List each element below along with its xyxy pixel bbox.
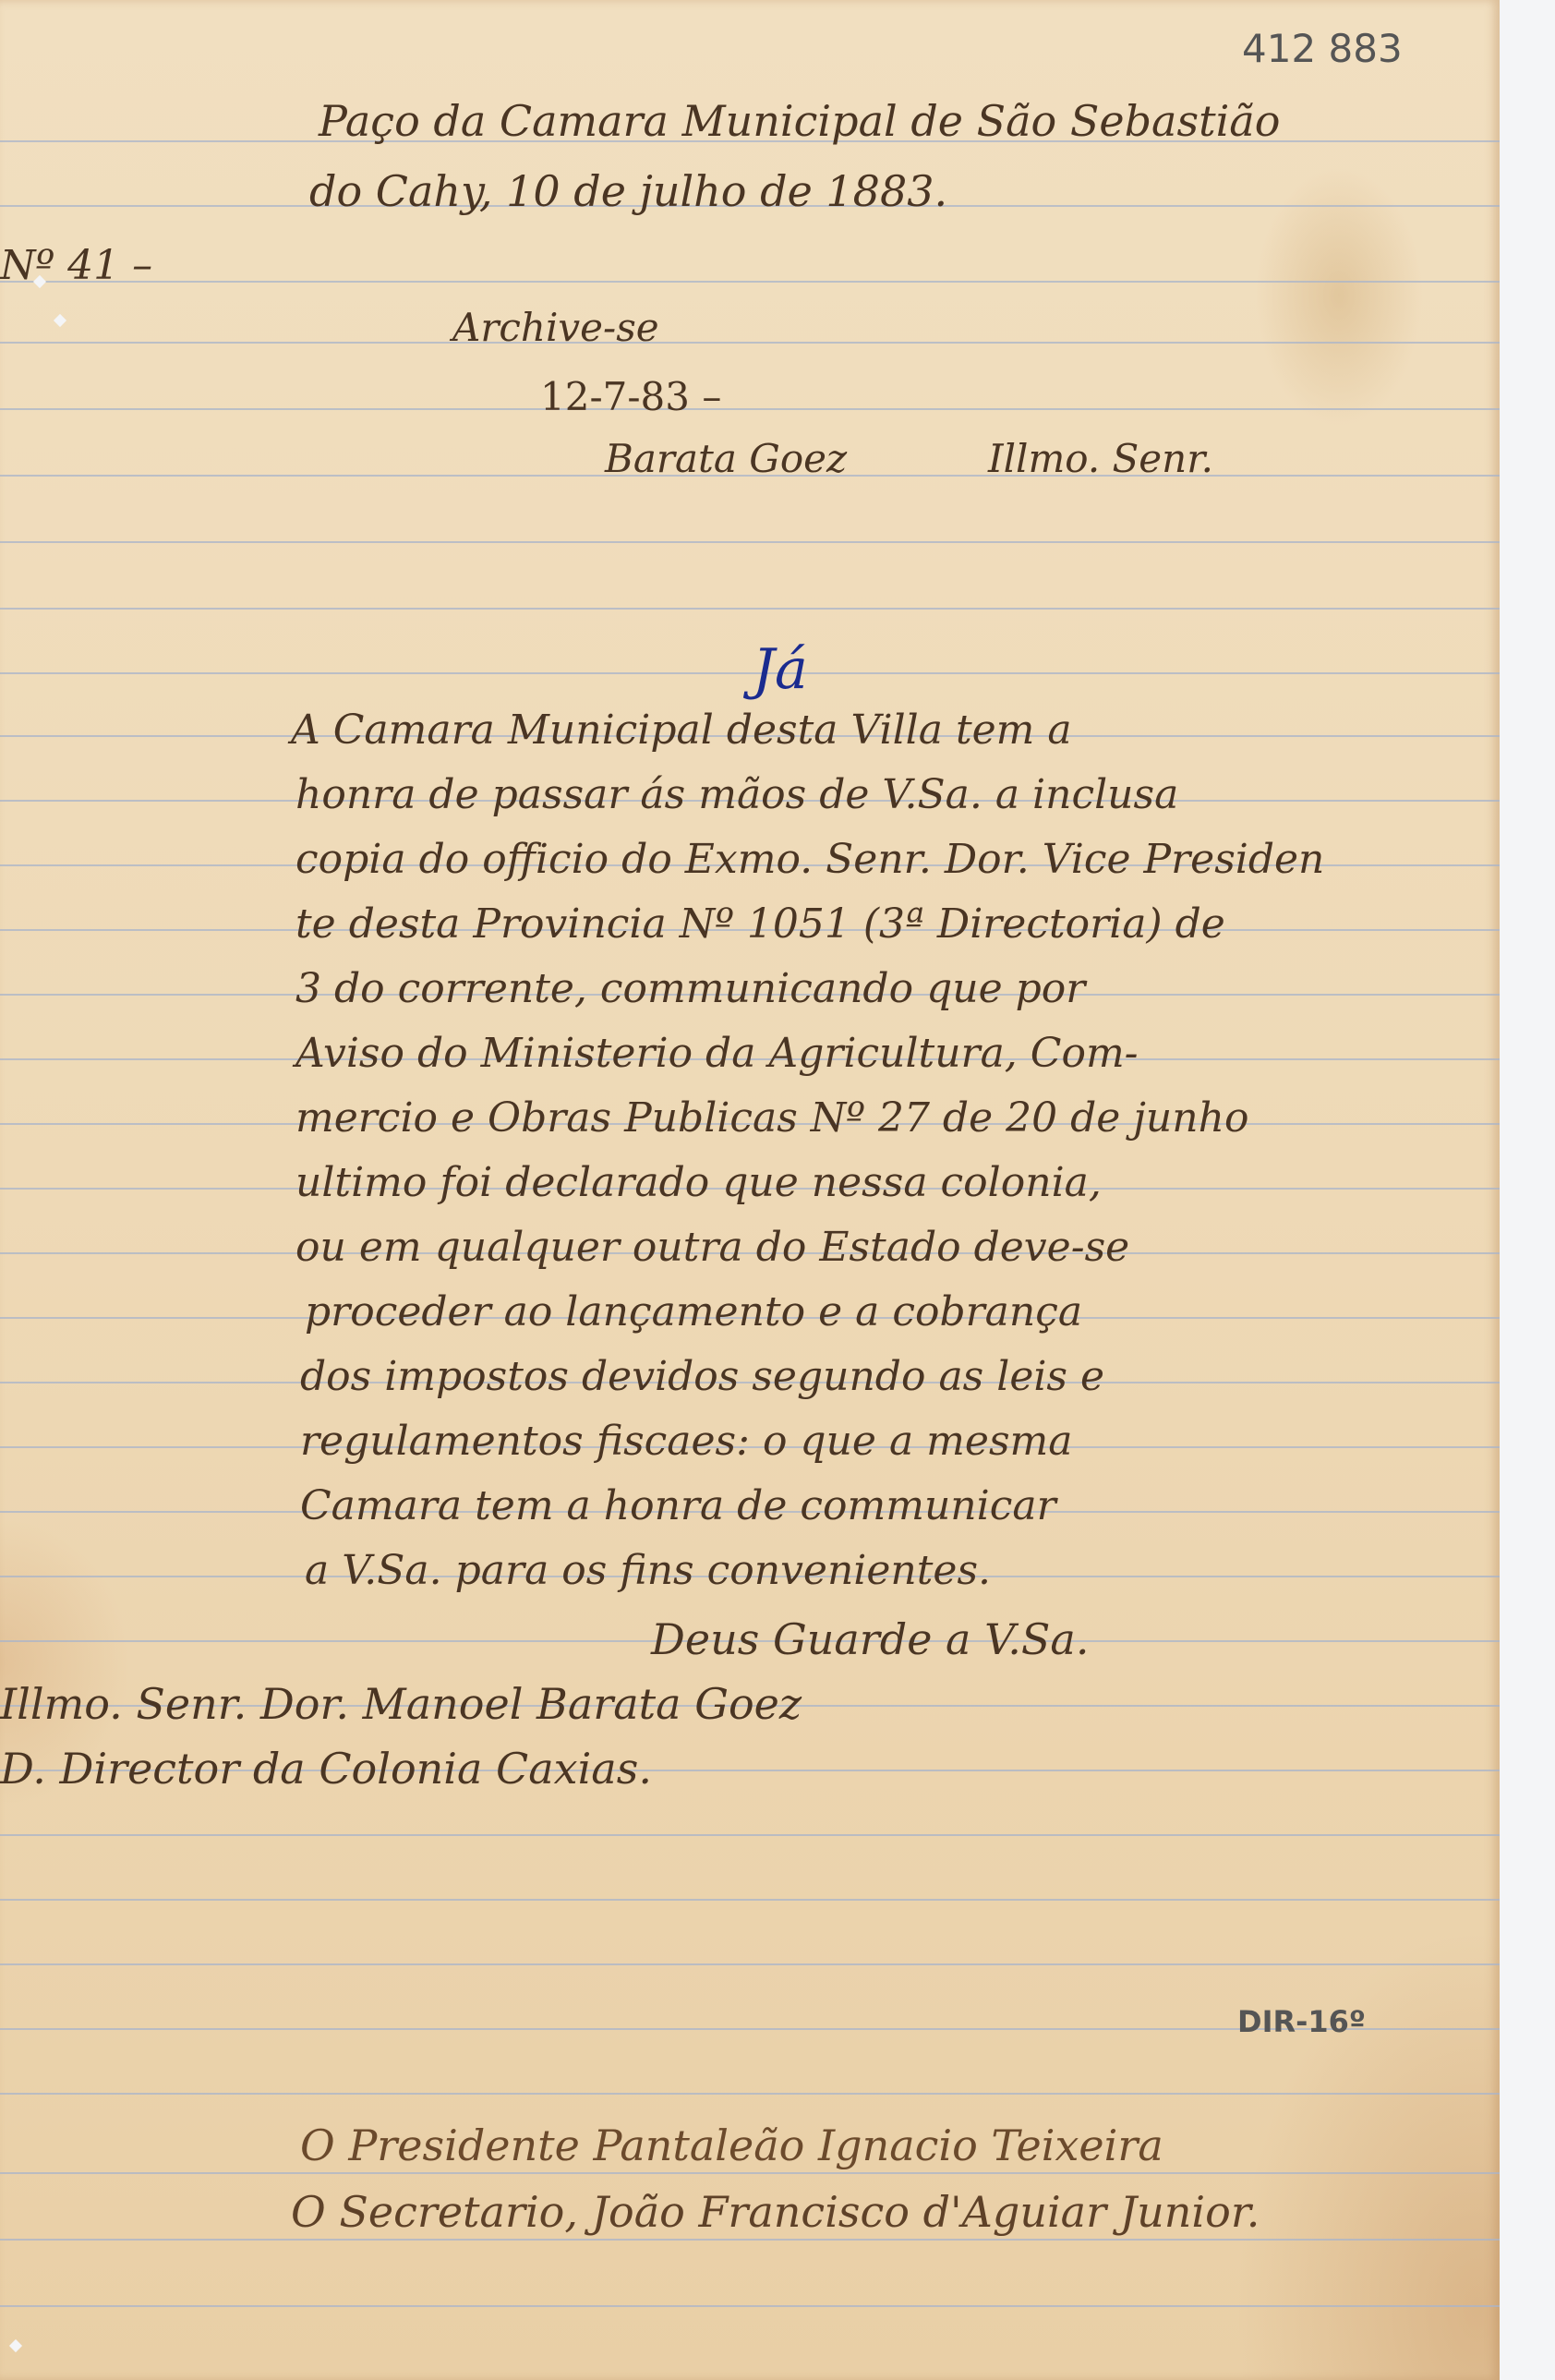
body-line: Camara tem a honra de communicar xyxy=(300,1482,1056,1529)
body-line: Aviso do Ministerio da Agricultura, Com- xyxy=(295,1030,1139,1077)
body-line: A Camara Municipal desta Villa tem a xyxy=(291,707,1072,754)
body-line: a V.Sa. para os fins convenientes. xyxy=(305,1547,991,1594)
ruled-line xyxy=(0,342,1500,344)
body-line: honra de passar ás mãos de V.Sa. a inclu… xyxy=(295,771,1178,818)
addressee-line-1: Illmo. Senr. Dor. Manoel Barata Goez xyxy=(0,1679,802,1729)
annotation-date: 12-7-83 – xyxy=(540,374,721,419)
president-signature: O Presidente Pantaleão Ignacio Teixeira xyxy=(300,2120,1163,2170)
ruled-line xyxy=(0,408,1500,410)
salutation: Illmo. Senr. xyxy=(988,436,1213,481)
ruled-line xyxy=(0,2172,1500,2174)
ruled-line xyxy=(0,2305,1500,2307)
ruled-line xyxy=(0,541,1500,543)
addressee-line-2: D. Director da Colonia Caxias. xyxy=(0,1744,652,1794)
ruled-line xyxy=(0,2239,1500,2241)
punch-hole xyxy=(9,2339,22,2352)
body-line: te desta Provincia Nº 1051 (3ª Directori… xyxy=(295,900,1225,948)
body-line: regulamentos fiscaes: o que a mesma xyxy=(300,1418,1072,1465)
secretary-signature: O Secretario, João Francisco d'Aguiar Ju… xyxy=(291,2187,1260,2237)
closing-formula: Deus Guarde a V.Sa. xyxy=(651,1614,1089,1664)
body-line: 3 do corrente, communicando que por xyxy=(295,965,1085,1012)
punch-hole xyxy=(54,314,66,327)
header-place-line-2: do Cahy, 10 de julho de 1883. xyxy=(309,166,947,216)
body-line: ou em qualquer outra do Estado deve-se xyxy=(295,1224,1129,1271)
ruled-line xyxy=(0,608,1500,610)
archive-code-bottom: DIR-16º xyxy=(1237,2004,1366,2039)
blue-ink-mark: Já xyxy=(753,637,808,702)
archive-number-top: 412 883 xyxy=(1242,26,1403,71)
ruled-line xyxy=(0,281,1500,283)
header-place-line-1: Paço da Camara Municipal de São Sebastiã… xyxy=(319,96,1280,146)
annotation-signature: Barata Goez xyxy=(605,436,847,481)
body-line: mercio e Obras Publicas Nº 27 de 20 de j… xyxy=(295,1094,1248,1142)
ruled-line xyxy=(0,1899,1500,1901)
document-page: 412 883 DIR-16º Paço da Camara Municipal… xyxy=(0,0,1500,2380)
ruled-line xyxy=(0,1963,1500,1965)
annotation-archive: Archive-se xyxy=(452,305,659,350)
ruled-line xyxy=(0,672,1500,674)
body-line: proceder ao lançamento e a cobrança xyxy=(305,1288,1082,1335)
ruled-line xyxy=(0,1834,1500,1836)
reference-number: Nº 41 – xyxy=(0,242,152,289)
ruled-line xyxy=(0,2093,1500,2095)
body-line: ultimo foi declarado que nessa colonia, xyxy=(295,1159,1102,1206)
body-line: dos impostos devidos segundo as leis e xyxy=(300,1353,1104,1400)
body-line: copia do officio do Exmo. Senr. Dor. Vic… xyxy=(295,836,1324,883)
